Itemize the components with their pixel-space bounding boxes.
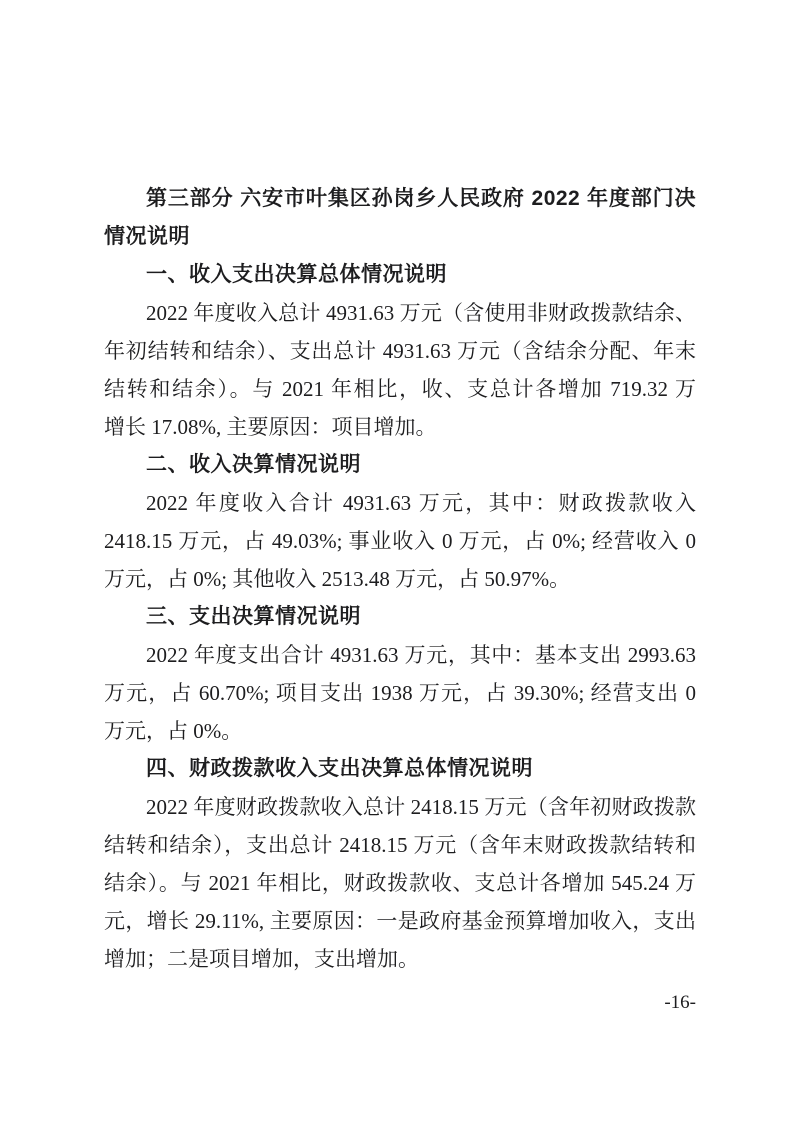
section-1-paragraph-line: 2022 年度收入总计 4931.63 万元（含使用非财政拨款结余、 <box>104 294 696 332</box>
section-4-paragraph-line: 增加；二是项目增加，支出增加。 <box>104 940 696 978</box>
section-2-paragraph-line: 万元，占 0%; 其他收入 2513.48 万元，占 50.97%。 <box>104 560 696 598</box>
section-4-paragraph-line: 结转和结余），支出总计 2418.15 万元（含年末财政拨款结转和 <box>104 826 696 864</box>
section-1-heading: 一、收入支出决算总体情况说明 <box>104 256 696 294</box>
section-3-paragraph-line: 万元，占 60.70%; 项目支出 1938 万元，占 39.30%; 经营支出… <box>104 674 696 712</box>
section-3-paragraph-line: 2022 年度支出合计 4931.63 万元，其中：基本支出 2993.63 <box>104 636 696 674</box>
section-4-heading: 四、财政拨款收入支出决算总体情况说明 <box>104 750 696 788</box>
section-1-paragraph-line: 结转和结余）。与 2021 年相比，收、支总计各增加 719.32 万元， <box>104 370 696 408</box>
section-1-paragraph-line: 年初结转和结余）、支出总计 4931.63 万元（含结余分配、年末 <box>104 332 696 370</box>
section-3-heading: 三、支出决算情况说明 <box>104 598 696 636</box>
section-3-paragraph-line: 万元，占 0%。 <box>104 712 696 750</box>
section-4-paragraph-line: 元，增长 29.11%, 主要原因：一是政府基金预算增加收入，支出 <box>104 902 696 940</box>
document-page: 第三部分 六安市叶集区孙岗乡人民政府 2022 年度部门决算 情况说明 一、收入… <box>0 0 793 1122</box>
page-number: -16- <box>104 991 696 1015</box>
section-2-paragraph-line: 2022 年度收入合计 4931.63 万元，其中：财政拨款收入 <box>104 484 696 522</box>
document-title-line-1: 第三部分 六安市叶集区孙岗乡人民政府 2022 年度部门决算 <box>104 180 696 218</box>
section-2-paragraph-line: 2418.15 万元，占 49.03%; 事业收入 0 万元，占 0%; 经营收… <box>104 522 696 560</box>
document-content: 第三部分 六安市叶集区孙岗乡人民政府 2022 年度部门决算 情况说明 一、收入… <box>104 180 696 978</box>
section-1-paragraph-line: 增长 17.08%, 主要原因：项目增加。 <box>104 408 696 446</box>
section-2-heading: 二、收入决算情况说明 <box>104 446 696 484</box>
document-title-line-2: 情况说明 <box>104 218 696 256</box>
section-4-paragraph-line: 2022 年度财政拨款收入总计 2418.15 万元（含年初财政拨款 <box>104 788 696 826</box>
section-4-paragraph-line: 结余）。与 2021 年相比，财政拨款收、支总计各增加 545.24 万 <box>104 864 696 902</box>
